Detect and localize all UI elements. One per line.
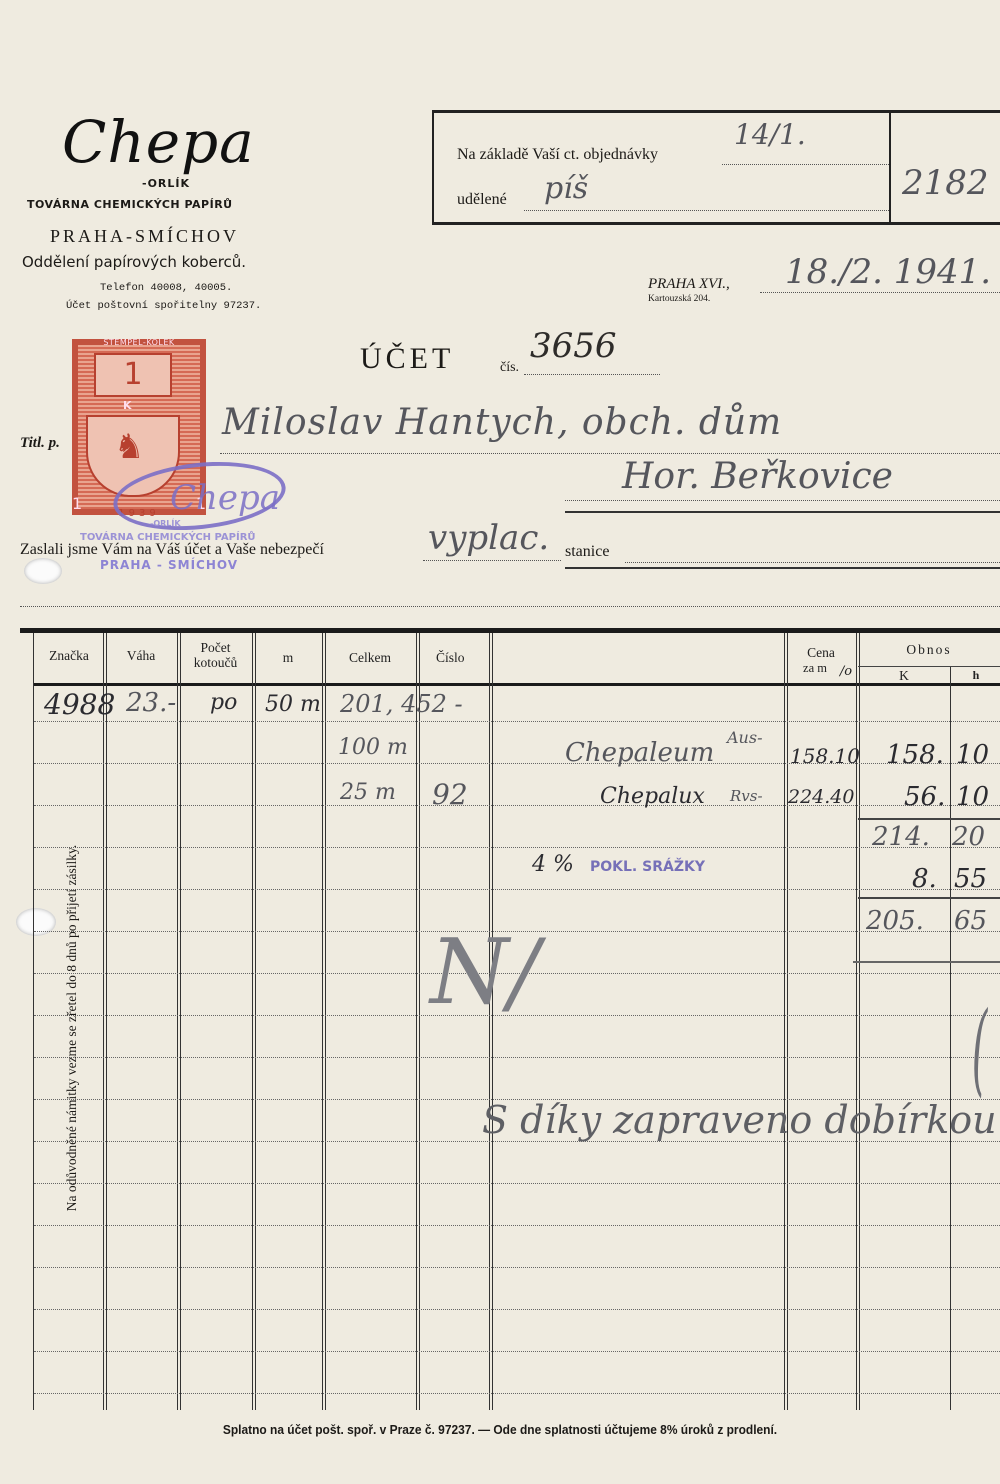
phone: Telefon 40008, 40005. bbox=[100, 282, 232, 294]
shipping-dotted-line bbox=[423, 560, 561, 561]
company-name: TOVÁRNA CHEMICKÝCH PAPÍRŮ bbox=[27, 198, 233, 211]
row1-vaha: 23.- bbox=[126, 688, 176, 718]
header-znacka: Značka bbox=[34, 648, 104, 663]
granted-label: udělené bbox=[457, 191, 507, 209]
row4-h: 20 bbox=[952, 822, 985, 852]
order-box-divider bbox=[889, 113, 891, 222]
granted-dotted-line bbox=[524, 210, 889, 211]
footer-terms: Splatno na účet pošt. spoř. v Praze č. 9… bbox=[40, 1422, 960, 1437]
order-box: Na základě Vaší ct. objednávky 14/1. udě… bbox=[432, 110, 1000, 225]
row6-k: 205. bbox=[866, 906, 924, 936]
col-line-k bbox=[950, 666, 951, 1410]
discount-percent: 4 % bbox=[532, 852, 574, 877]
header-obnos: Obnos bbox=[858, 642, 1000, 657]
row1-pocet: po bbox=[210, 690, 237, 715]
header-cena-line1: Cena bbox=[786, 645, 856, 660]
station-label: stanice bbox=[565, 543, 609, 561]
recipient-dotted-line bbox=[220, 453, 1000, 454]
row-line bbox=[34, 1309, 1000, 1310]
recipient-city: Hor. Beřkovice bbox=[622, 456, 893, 497]
row2-description: Chepaleum bbox=[565, 738, 714, 768]
order-dotted-line bbox=[722, 164, 889, 165]
discount-stamp: POKL. SRÁŽKY bbox=[590, 859, 705, 875]
row3-description: Chepalux bbox=[600, 784, 705, 809]
blank-dotted-line bbox=[20, 606, 1000, 607]
row-line bbox=[34, 1351, 1000, 1352]
row-line bbox=[34, 805, 1000, 806]
row5-k: 8. bbox=[912, 864, 937, 894]
company-city: PRAHA-SMÍCHOV bbox=[50, 226, 239, 247]
recipient-city-dotted-line bbox=[565, 500, 1000, 501]
company-stamp-line1: -ORLÍK bbox=[150, 519, 181, 528]
order-value: 14/1. bbox=[734, 118, 806, 151]
stamp-value: 1 bbox=[94, 353, 172, 397]
shipping-label: Zaslali jsme Vám na Váš účet a Vaše nebe… bbox=[20, 541, 324, 559]
row4-k: 214. bbox=[872, 822, 930, 852]
recipient-rule bbox=[565, 511, 1000, 513]
total-rule bbox=[853, 961, 1000, 963]
discount-rule bbox=[858, 897, 1000, 899]
row3-celkem: 25 m bbox=[340, 780, 396, 805]
station-rule bbox=[565, 567, 1000, 569]
row-line bbox=[34, 1393, 1000, 1394]
reference-number: 2182 bbox=[902, 163, 989, 203]
sub-brand: -ORLÍK bbox=[142, 177, 190, 190]
row2-h: 10 bbox=[956, 740, 989, 770]
col-line-m bbox=[322, 633, 326, 1410]
row3-note: Rvs- bbox=[730, 787, 763, 805]
shipping-value: vyplac. bbox=[428, 518, 549, 558]
closing-note: S díky zapraveno dobírkou. bbox=[482, 1098, 1000, 1142]
bracket-mark: ( bbox=[972, 990, 988, 1107]
invoice-number: 3656 bbox=[530, 326, 617, 366]
row-line bbox=[34, 721, 1000, 722]
row-line bbox=[34, 1183, 1000, 1184]
company-stamp-line3: PRAHA - SMÍCHOV bbox=[100, 558, 238, 572]
header-h: h bbox=[952, 668, 1000, 683]
punch-hole-top bbox=[24, 558, 62, 584]
row-line bbox=[34, 1225, 1000, 1226]
col-line-celkem bbox=[416, 633, 420, 1410]
row6-h: 65 bbox=[954, 906, 987, 936]
stamp-top-text: STEMPEL-KOLEK bbox=[70, 338, 208, 347]
recipient-name: Miloslav Hantych, obch. dům bbox=[222, 402, 782, 443]
col-line-znacka bbox=[103, 633, 107, 1410]
company-stamp-logo: Chepa bbox=[170, 478, 280, 518]
row1-m: 50 m bbox=[265, 692, 321, 717]
header-k: K bbox=[858, 668, 950, 683]
row2-note: Aus- bbox=[727, 728, 762, 747]
col-line-pocet bbox=[252, 633, 256, 1410]
date-dotted-line bbox=[760, 292, 1000, 293]
row1-znacka: 4988 bbox=[44, 688, 115, 721]
row2-cena: 158.10 bbox=[790, 744, 860, 768]
row-line bbox=[34, 889, 1000, 890]
row3-cena: 224.40 bbox=[788, 786, 854, 808]
header-pocet-line2: kotoučů bbox=[179, 655, 252, 670]
col-line-vaha bbox=[177, 633, 181, 1410]
col-line-description bbox=[784, 633, 788, 1410]
company-logo: Chepa bbox=[62, 112, 255, 172]
lion-emblem-icon: ♞ bbox=[114, 431, 144, 465]
row-line bbox=[34, 847, 1000, 848]
header-cena-fraction: /o bbox=[836, 664, 856, 679]
granted-value: píš bbox=[544, 171, 588, 206]
header-m: m bbox=[254, 650, 322, 665]
recipient-label: Titl. p. bbox=[20, 435, 60, 452]
row2-celkem: 100 m bbox=[338, 735, 408, 760]
side-note: Na odůvodněné námitky vezme se zřetel do… bbox=[64, 748, 80, 1308]
street: Kartouzská 204. bbox=[648, 294, 710, 304]
row-line bbox=[34, 1267, 1000, 1268]
invoice-number-label: čís. bbox=[500, 360, 519, 376]
header-celkem: Celkem bbox=[324, 650, 416, 665]
order-label: Na základě Vaší ct. objednávky bbox=[457, 146, 658, 164]
invoice-date: 18./2. 1941. bbox=[785, 252, 991, 292]
row3-h: 10 bbox=[956, 782, 989, 812]
place: PRAHA XVI., bbox=[648, 276, 730, 293]
row2-k: 158. bbox=[886, 740, 944, 770]
row1-celkem: 201, 452 - bbox=[340, 690, 463, 718]
invoice-number-dotted-line bbox=[524, 374, 660, 375]
station-dotted-line bbox=[625, 562, 1000, 563]
row-line bbox=[34, 1057, 1000, 1058]
col-line-left bbox=[33, 633, 34, 1410]
header-cislo: Číslo bbox=[418, 650, 507, 665]
row5-h: 55 bbox=[954, 864, 987, 894]
obnos-subheader-rule bbox=[858, 666, 1000, 667]
table-top-rule bbox=[20, 628, 1000, 633]
postal-account: Účet poštovní spořitelny 97237. bbox=[66, 300, 261, 312]
stamp-currency: K bbox=[123, 399, 132, 412]
header-vaha: Váha bbox=[105, 648, 177, 663]
subtotal-rule bbox=[858, 818, 1000, 820]
row3-cislo: 92 bbox=[432, 778, 468, 811]
header-pocet-line1: Počet bbox=[179, 640, 252, 655]
department: Oddělení papírových koberců. bbox=[22, 253, 246, 271]
invoice-title: ÚČET bbox=[360, 342, 454, 376]
signature-mark: N/ bbox=[430, 920, 539, 1025]
row3-k: 56. bbox=[904, 782, 945, 812]
